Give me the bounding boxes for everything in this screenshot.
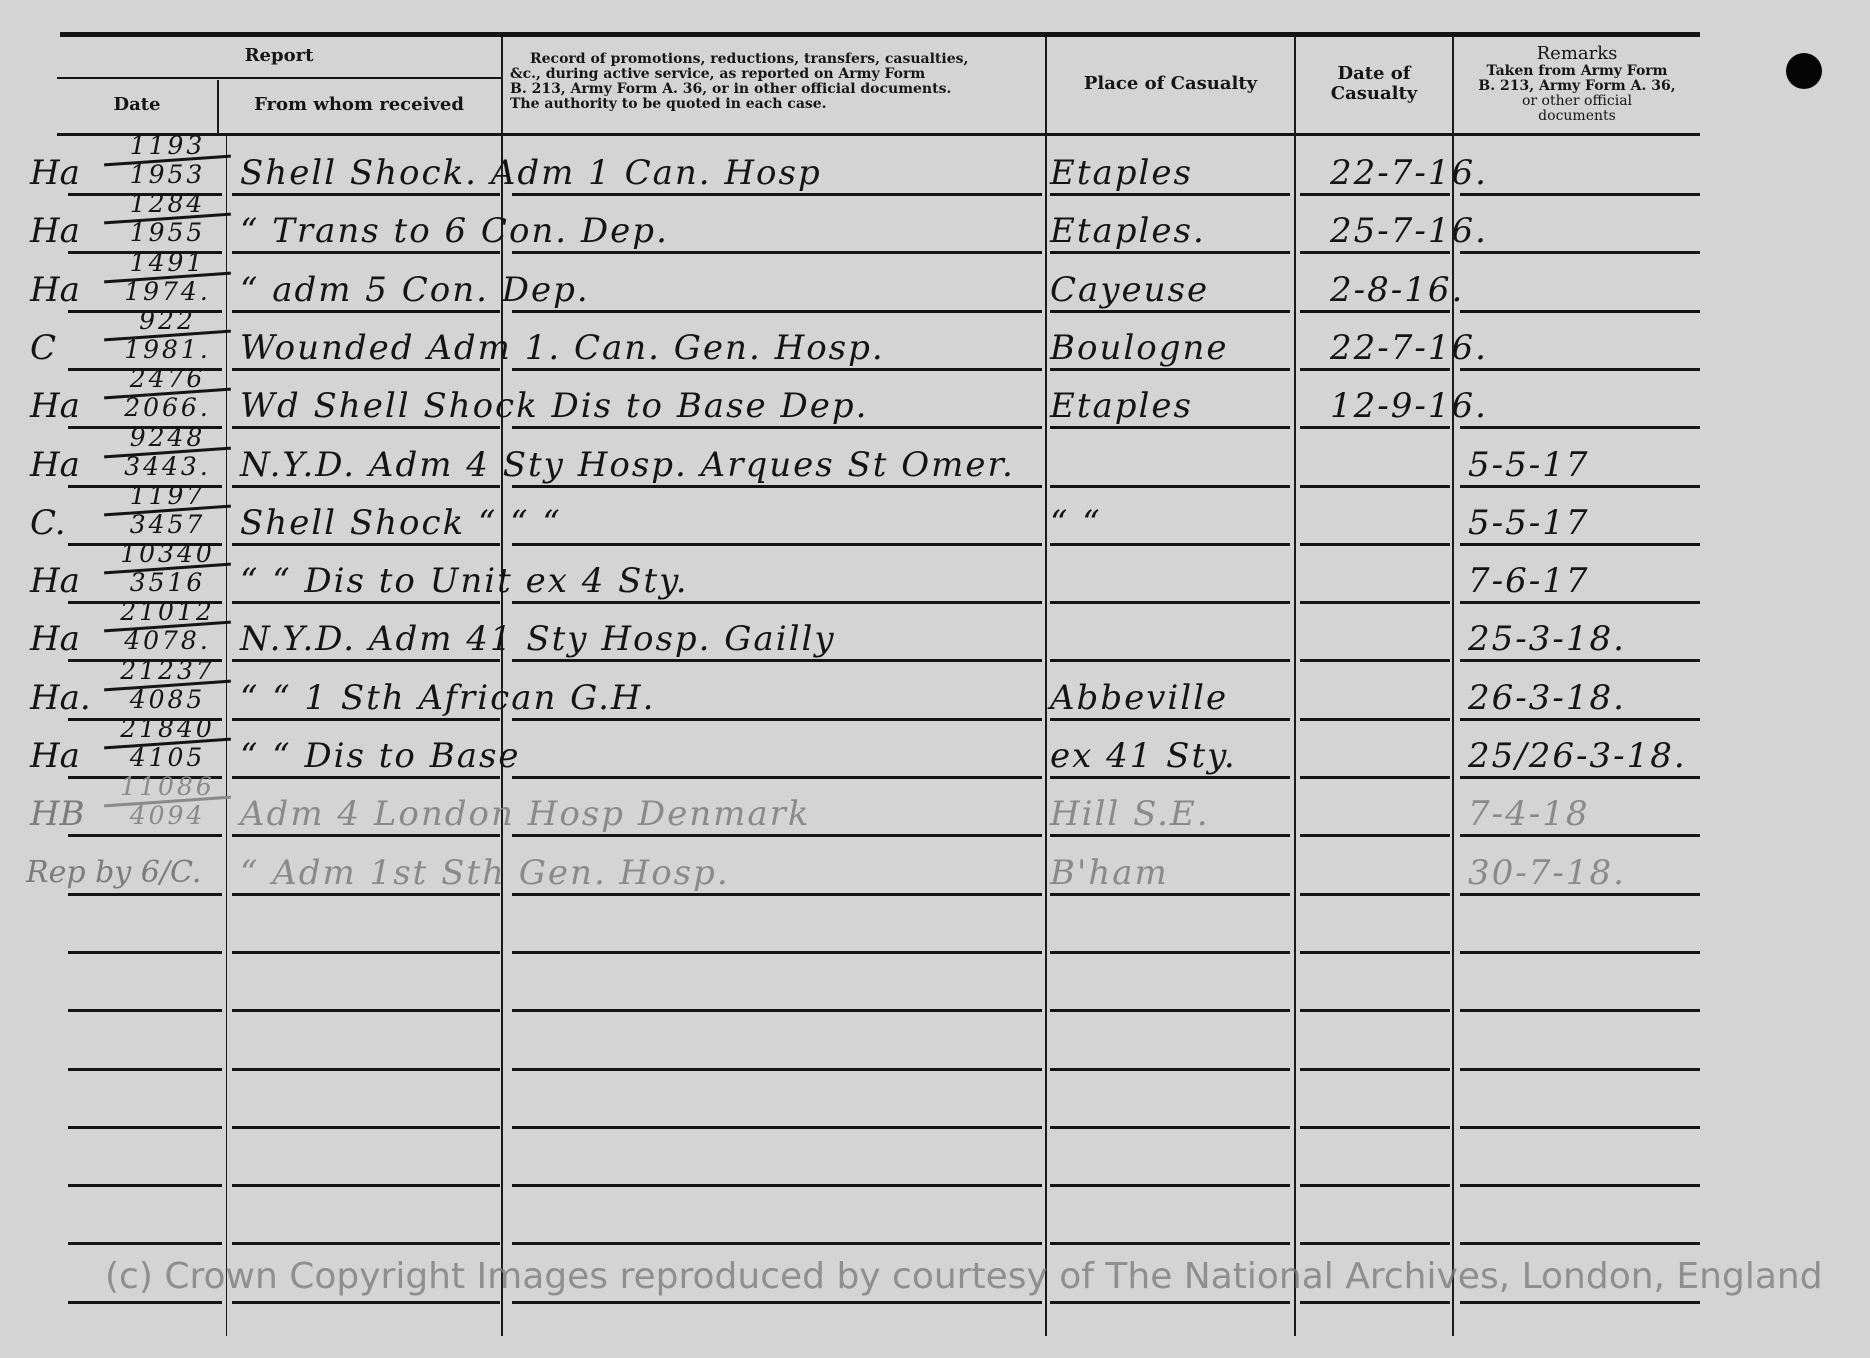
row-rule: [1050, 251, 1290, 254]
row-rule: [1050, 834, 1290, 837]
row-rule: [232, 485, 500, 488]
date-of-casualty: 25/26-3-18.: [1468, 736, 1687, 776]
date-of-casualty: 26-3-18.: [1468, 678, 1626, 718]
row-rule: [1300, 1068, 1450, 1071]
record-entry: N.Y.D. Adm 4 Sty Hosp. Arques St Omer.: [240, 445, 1015, 485]
form-code: Ha.: [30, 678, 91, 718]
form-code: Ha: [30, 153, 80, 193]
header-date-of-casualty: Date of Casualty: [1296, 64, 1452, 104]
row-rule: [512, 368, 1042, 371]
row-rule: [512, 193, 1042, 196]
form-code: C: [30, 328, 56, 368]
header-record: Record of promotions, reductions, transf…: [510, 52, 1040, 112]
row-rule: [68, 1184, 222, 1187]
form-code: Ha: [30, 270, 80, 310]
form-code: C.: [30, 503, 66, 543]
row-rule: [512, 1301, 1042, 1304]
form-code: Ha: [30, 445, 80, 485]
row-rule: [1300, 543, 1450, 546]
row-rule: [1050, 718, 1290, 721]
row-rule: [1300, 1184, 1450, 1187]
row-rule: [232, 1126, 500, 1129]
record-entry: Shell Shock “ “ “: [240, 503, 562, 543]
row-rule: [1300, 193, 1450, 196]
row-rule: [68, 1009, 222, 1012]
reference-number: 92483443.: [100, 425, 235, 480]
row-rule: [1460, 1242, 1700, 1245]
row-rule: [1460, 368, 1700, 371]
reference-number: 9221981.: [100, 308, 235, 363]
record-entry: “ Trans to 6 Con. Dep.: [240, 211, 669, 251]
row-rule: [1460, 485, 1700, 488]
reference-number: 11973457: [100, 483, 235, 538]
row-rule: [1050, 310, 1290, 313]
row-rule: [512, 1242, 1042, 1245]
row-rule: [232, 426, 500, 429]
header-record-line: &c., during active service, as reported …: [510, 67, 1040, 82]
row-rule: [1050, 951, 1290, 954]
date-of-casualty: 22-7-16.: [1330, 328, 1488, 368]
place-of-casualty: B'ham: [1050, 853, 1169, 893]
date-of-casualty: 22-7-16.: [1330, 153, 1488, 193]
row-rule: [232, 834, 500, 837]
date-of-casualty: 12-9-16.: [1330, 386, 1488, 426]
row-rule: [1050, 193, 1290, 196]
reference-number: 14911974.: [100, 250, 235, 305]
place-of-casualty: Etaples: [1050, 386, 1193, 426]
header-remarks-title: Remarks: [1454, 44, 1700, 64]
reference-number: 24762066.: [100, 366, 235, 421]
form-code: Ha: [30, 736, 80, 776]
form-code: Ha: [30, 211, 80, 251]
header-from-whom: From whom received: [217, 95, 501, 115]
record-entry: Wounded Adm 1. Can. Gen. Hosp.: [240, 328, 885, 368]
record-entry: N.Y.D. Adm 41 Sty Hosp. Gailly: [240, 619, 836, 659]
row-rule: [68, 1068, 222, 1071]
row-rule: [1050, 1068, 1290, 1071]
reference-number: 210124078.: [100, 599, 235, 654]
row-rule: [1050, 776, 1290, 779]
row-rule: [512, 251, 1042, 254]
row-rule: [1300, 1301, 1450, 1304]
row-rule: [1460, 1068, 1700, 1071]
header-date: Date: [57, 95, 217, 115]
row-rule: [232, 601, 500, 604]
col-divider-record: [1045, 36, 1047, 1336]
row-rule: [512, 1184, 1042, 1187]
row-rule: [1050, 1009, 1290, 1012]
record-entry: “ “ 1 Sth African G.H.: [240, 678, 655, 718]
header-place-of-casualty: Place of Casualty: [1047, 74, 1294, 94]
row-rule: [1460, 601, 1700, 604]
record-entry: Adm 4 London Hosp Denmark: [240, 794, 810, 834]
place-of-casualty: Abbeville: [1050, 678, 1228, 718]
row-rule: [1300, 776, 1450, 779]
place-of-casualty: Etaples: [1050, 153, 1193, 193]
row-rule: [232, 893, 500, 896]
row-rule: [1050, 426, 1290, 429]
row-rule: [1300, 601, 1450, 604]
row-rule: [1460, 1184, 1700, 1187]
row-rule: [512, 834, 1042, 837]
form-code: HB: [30, 794, 85, 834]
reference-number: 218404105: [100, 716, 235, 771]
row-rule: [1300, 951, 1450, 954]
row-rule: [1050, 1301, 1290, 1304]
date-of-casualty: 30-7-18.: [1468, 853, 1626, 893]
place-of-casualty: Hill S.E.: [1050, 794, 1210, 834]
row-rule: [232, 368, 500, 371]
row-rule: [512, 776, 1042, 779]
row-rule: [1460, 893, 1700, 896]
form-code: Ha: [30, 561, 80, 601]
header-report: Report: [57, 46, 501, 66]
row-rule: [1050, 543, 1290, 546]
date-of-casualty: 2-8-16.: [1330, 270, 1464, 310]
date-of-casualty: 5-5-17: [1468, 445, 1590, 485]
place-of-casualty: Etaples.: [1050, 211, 1206, 251]
row-rule: [1460, 1126, 1700, 1129]
row-rule: [512, 601, 1042, 604]
row-rule: [1300, 893, 1450, 896]
row-rule: [232, 659, 500, 662]
form-code: Rep by 6/C.: [26, 853, 201, 893]
date-of-casualty: 5-5-17: [1468, 503, 1590, 543]
row-rule: [1300, 834, 1450, 837]
row-rule: [232, 951, 500, 954]
reference-number: 110864094: [100, 774, 235, 829]
row-rule: [1050, 1184, 1290, 1187]
row-rule: [1460, 776, 1700, 779]
row-rule: [1300, 1009, 1450, 1012]
row-rule: [68, 834, 222, 837]
row-rule: [1460, 251, 1700, 254]
row-rule: [232, 1242, 500, 1245]
row-rule: [512, 1009, 1042, 1012]
record-entry: Shell Shock. Adm 1 Can. Hosp: [240, 153, 822, 193]
row-rule: [1460, 310, 1700, 313]
row-rule: [1300, 485, 1450, 488]
row-rule: [1050, 1126, 1290, 1129]
row-rule: [232, 310, 500, 313]
row-rule: [512, 718, 1042, 721]
row-rule: [1300, 368, 1450, 371]
row-rule: [68, 1126, 222, 1129]
record-entry: “ adm 5 Con. Dep.: [240, 270, 590, 310]
header-top-rule: [60, 32, 1700, 37]
row-rule: [232, 193, 500, 196]
place-of-casualty: Cayeuse: [1050, 270, 1209, 310]
row-rule: [68, 1242, 222, 1245]
record-entry: “ Adm 1st Sth Gen. Hosp.: [240, 853, 730, 893]
header-record-line: Record of promotions, reductions, transf…: [510, 52, 1040, 67]
row-rule: [512, 485, 1042, 488]
row-rule: [1300, 310, 1450, 313]
row-rule: [1300, 251, 1450, 254]
row-rule: [1460, 543, 1700, 546]
date-of-casualty: 25-3-18.: [1468, 619, 1626, 659]
row-rule: [1460, 193, 1700, 196]
row-rule: [512, 893, 1042, 896]
record-entry: “ “ Dis to Unit ex 4 Sty.: [240, 561, 689, 601]
form-code: Ha: [30, 619, 80, 659]
row-rule: [1050, 1242, 1290, 1245]
row-rule: [1460, 718, 1700, 721]
copyright-watermark: (c) Crown Copyright Images reproduced by…: [105, 1256, 1823, 1297]
row-rule: [232, 1068, 500, 1071]
record-entry: Wd Shell Shock Dis to Base Dep.: [240, 386, 868, 426]
row-rule: [1050, 659, 1290, 662]
row-rule: [1460, 834, 1700, 837]
col-divider-place: [1294, 36, 1296, 1336]
row-rule: [1460, 951, 1700, 954]
row-rule: [68, 1301, 222, 1304]
record-entry: “ “ Dis to Base: [240, 736, 521, 776]
reference-number: 11931953: [100, 133, 235, 188]
place-of-casualty: ex 41 Sty.: [1050, 736, 1237, 776]
row-rule: [232, 1009, 500, 1012]
row-rule: [232, 1301, 500, 1304]
place-of-casualty: Boulogne: [1050, 328, 1228, 368]
row-rule: [512, 1068, 1042, 1071]
row-rule: [1050, 893, 1290, 896]
row-rule: [1050, 601, 1290, 604]
punch-hole: [1786, 53, 1822, 89]
row-rule: [1460, 1009, 1700, 1012]
date-of-casualty: 25-7-16.: [1330, 211, 1488, 251]
row-rule: [1300, 1242, 1450, 1245]
row-rule: [1300, 426, 1450, 429]
row-rule: [232, 251, 500, 254]
row-rule: [68, 951, 222, 954]
header-record-line: The authority to be quoted in each case.: [510, 97, 1040, 112]
row-rule: [1460, 659, 1700, 662]
row-rule: [68, 893, 222, 896]
row-rule: [1300, 659, 1450, 662]
row-rule: [1050, 485, 1290, 488]
report-subrule: [57, 77, 501, 79]
row-rule: [512, 543, 1042, 546]
casualty-form-sheet: Report Date From whom received Record of…: [0, 0, 1870, 1358]
date-of-casualty: 7-6-17: [1468, 561, 1590, 601]
row-rule: [1300, 1126, 1450, 1129]
form-code: Ha: [30, 386, 80, 426]
row-rule: [232, 1184, 500, 1187]
row-rule: [512, 1126, 1042, 1129]
row-rule: [232, 543, 500, 546]
row-rule: [232, 776, 500, 779]
row-rule: [512, 951, 1042, 954]
row-rule: [1460, 1301, 1700, 1304]
reference-number: 212374085: [100, 658, 235, 713]
date-of-casualty: 7-4-18: [1468, 794, 1590, 834]
row-rule: [512, 426, 1042, 429]
row-rule: [512, 310, 1042, 313]
header-remarks: Remarks Taken from Army Form B. 213, Arm…: [1454, 44, 1700, 124]
row-rule: [1300, 718, 1450, 721]
place-of-casualty: “ “: [1050, 503, 1102, 543]
header-record-line: B. 213, Army Form A. 36, or in other off…: [510, 82, 1040, 97]
row-rule: [1460, 426, 1700, 429]
reference-number: 12841955: [100, 191, 235, 246]
row-rule: [1050, 368, 1290, 371]
row-rule: [512, 659, 1042, 662]
row-rule: [232, 718, 500, 721]
reference-number: 103403516: [100, 541, 235, 596]
